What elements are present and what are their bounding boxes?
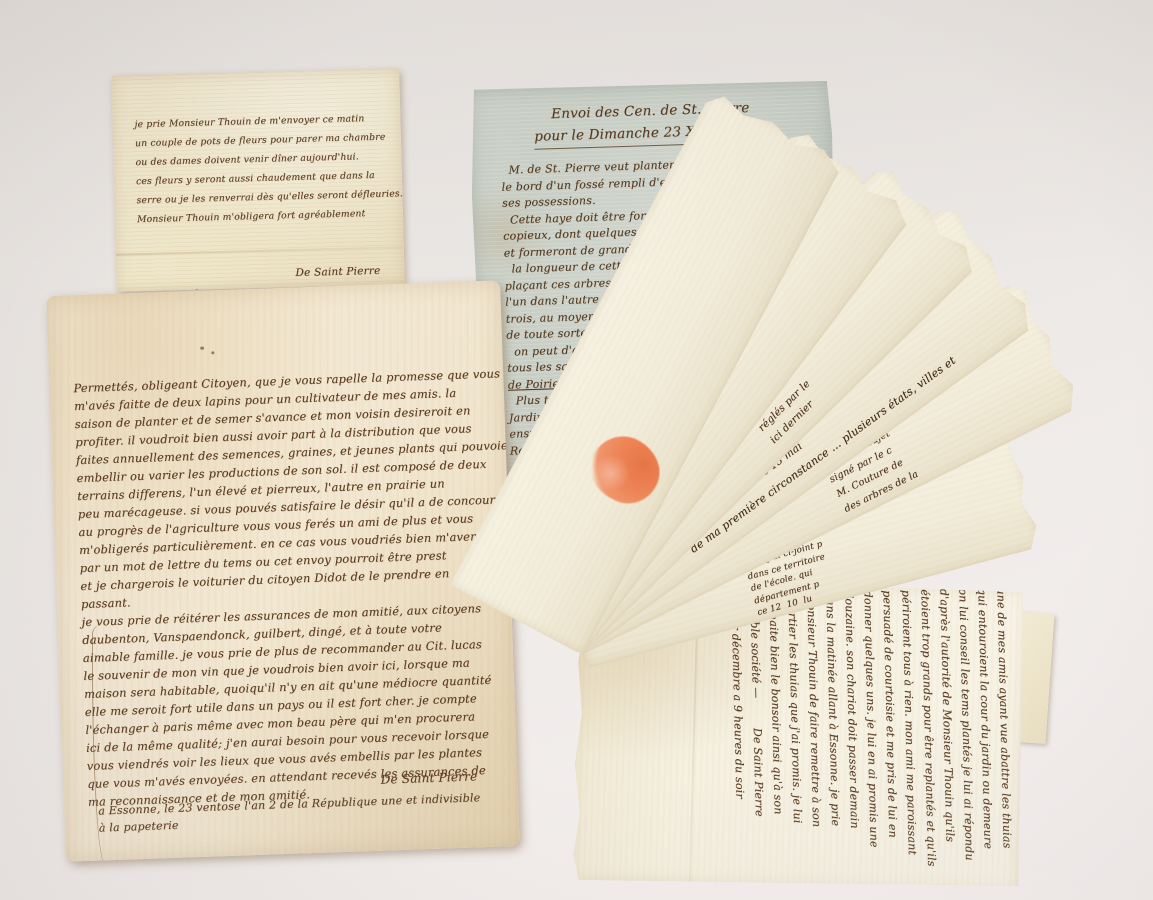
note-signature: De Saint Pierre (295, 265, 380, 279)
main-letter-text: Permettés, obligeant Citoyen, que je vou… (46, 280, 518, 812)
note-card-text: je prie Monsieur Thouin de m'envoyer ce … (111, 68, 403, 229)
margin-bracket-mark (92, 624, 108, 861)
photo-backdrop: Envoi des Cen. de St. Pierre pour le Dim… (0, 0, 1153, 900)
sideways-letter-text: une de mes amis ayant vue abattre les th… (710, 587, 1017, 886)
paper-fold-crease (116, 246, 404, 256)
main-letter: Permettés, obligeant Citoyen, que je vou… (46, 280, 519, 861)
ink-spot (211, 351, 214, 354)
wax-seal (579, 425, 671, 514)
note-card: je prie Monsieur Thouin de m'envoyer ce … (111, 68, 405, 291)
